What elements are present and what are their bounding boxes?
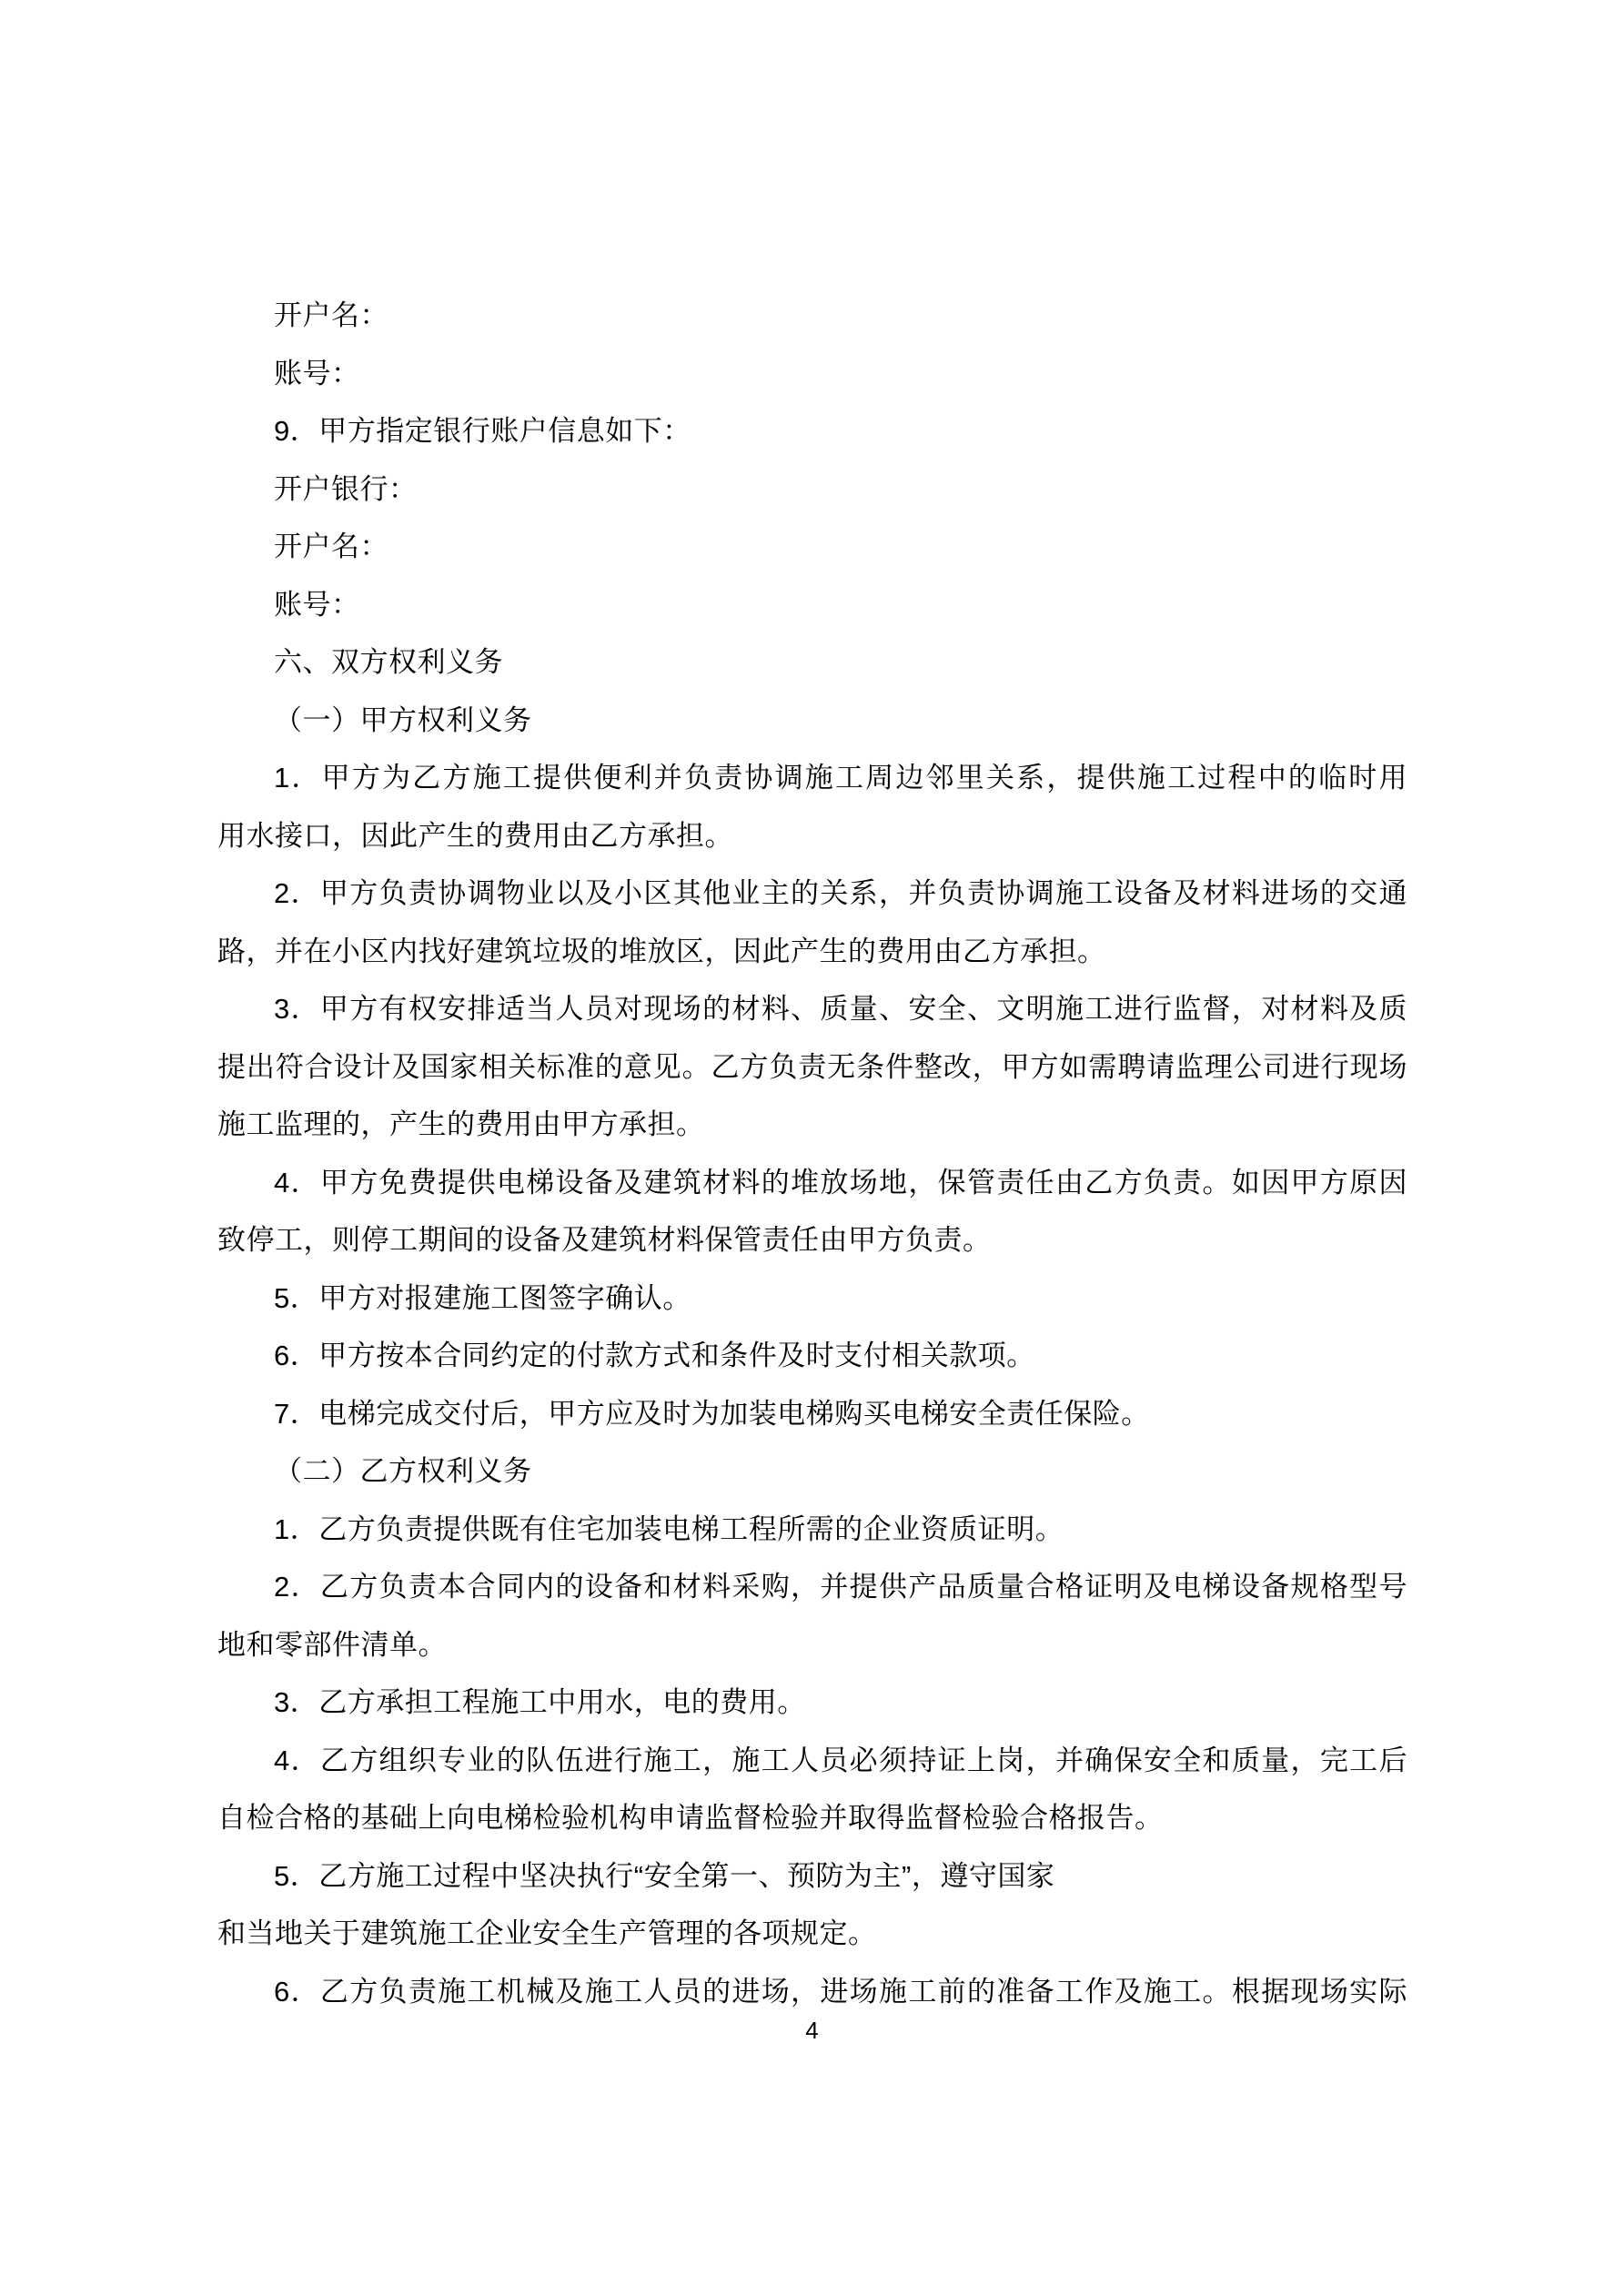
text-line: 7．电梯完成交付后，甲方应及时为加装电梯购买电梯安全责任保险。 [217, 1385, 1407, 1443]
text-line: （一）甲方权利义务 [217, 692, 1407, 750]
text-line: 开户名： [217, 518, 1407, 576]
page-footer: 4 [0, 2002, 1624, 2059]
text-line: 4．甲方免费提供电梯设备及建筑材料的堆放场地，保管责任由乙方负责。如因甲方原因导 [217, 1154, 1407, 1212]
text-line: 账号： [217, 345, 1407, 403]
document-page: 开户名：账号：9．甲方指定银行账户信息如下：开户银行：开户名：账号：六、双方权利… [0, 0, 1624, 2296]
text-line: 致停工，则停工期间的设备及建筑材料保管责任由甲方负责。 [217, 1211, 1407, 1269]
text-line: 5．乙方施工过程中坚决执行“安全第一、预防为主”，遵守国家 [217, 1847, 1407, 1906]
text-line: 账号： [217, 576, 1407, 634]
text-line: 开户名： [217, 287, 1407, 345]
text-line: 4．乙方组织专业的队伍进行施工，施工人员必须持证上岗，并确保安全和质量，完工后在 [217, 1732, 1407, 1790]
page-number: 4 [805, 2017, 818, 2044]
text-line: 提出符合设计及国家相关标准的意见。乙方负责无条件整改，甲方如需聘请监理公司进行现… [217, 1038, 1407, 1097]
text-line: 3．乙方承担工程施工中用水，电的费用。 [217, 1674, 1407, 1732]
text-line: 1．甲方为乙方施工提供便利并负责协调施工周边邻里关系，提供施工过程中的临时用电、 [217, 749, 1407, 807]
text-line: （二）乙方权利义务 [217, 1442, 1407, 1501]
text-line: 5．甲方对报建施工图签字确认。 [217, 1269, 1407, 1328]
text-line: 自检合格的基础上向电梯检验机构申请监督检验并取得监督检验合格报告。 [217, 1789, 1407, 1847]
text-line: 2．甲方负责协调物业以及小区其他业主的关系，并负责协调施工设备及材料进场的交通道 [217, 865, 1407, 923]
document-body: 开户名：账号：9．甲方指定银行账户信息如下：开户银行：开户名：账号：六、双方权利… [217, 287, 1407, 2020]
text-line: 1．乙方负责提供既有住宅加装电梯工程所需的企业资质证明。 [217, 1501, 1407, 1559]
text-line: 9．甲方指定银行账户信息如下： [217, 402, 1407, 460]
text-line: 六、双方权利义务 [217, 633, 1407, 692]
text-line: 开户银行： [217, 460, 1407, 519]
text-line: 用水接口，因此产生的费用由乙方承担。 [217, 807, 1407, 865]
text-line: 6．甲方按本合同约定的付款方式和条件及时支付相关款项。 [217, 1327, 1407, 1385]
text-line: 和当地关于建筑施工企业安全生产管理的各项规定。 [217, 1905, 1407, 1963]
text-line: 路，并在小区内找好建筑垃圾的堆放区，因此产生的费用由乙方承担。 [217, 923, 1407, 981]
text-line: 地和零部件清单。 [217, 1616, 1407, 1674]
text-line: 2．乙方负责本合同内的设备和材料采购，并提供产品质量合格证明及电梯设备规格型号产 [217, 1558, 1407, 1616]
text-line: 3．甲方有权安排适当人员对现场的材料、质量、安全、文明施工进行监督，对材料及质量 [217, 980, 1407, 1038]
text-line: 施工监理的，产生的费用由甲方承担。 [217, 1096, 1407, 1154]
